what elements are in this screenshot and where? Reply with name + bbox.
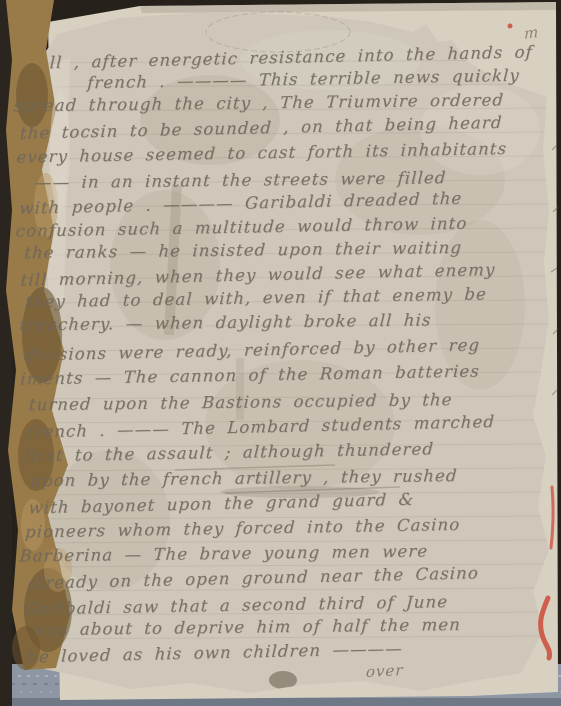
over-note: over xyxy=(366,661,404,681)
manuscript-photo: ll , after energetic resistance into the… xyxy=(0,0,561,706)
back-page-text-fragment: m xyxy=(524,23,538,43)
page-artwork xyxy=(0,0,561,706)
